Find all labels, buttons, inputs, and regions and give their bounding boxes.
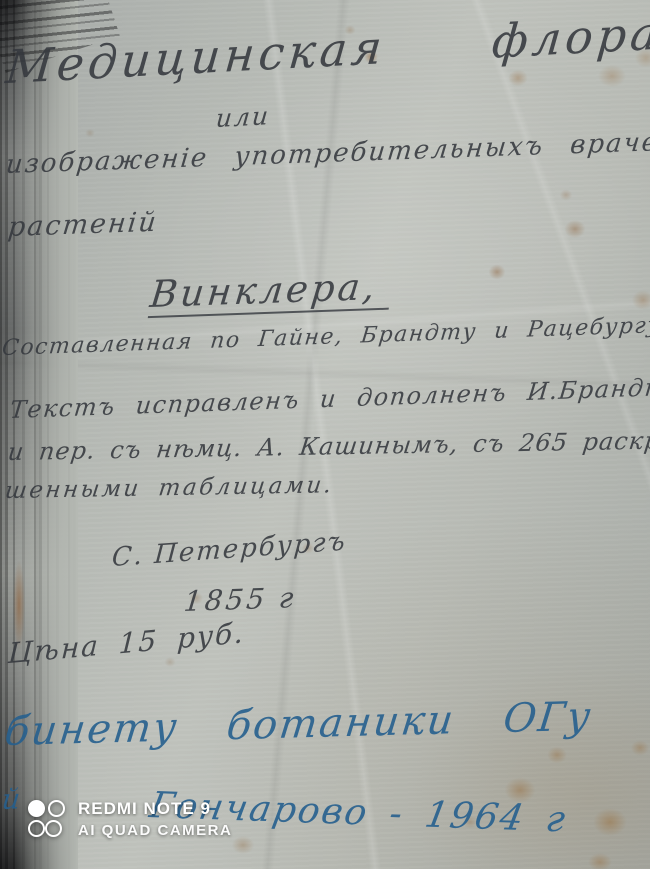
- manuscript-photo: Медицинская флора или изображеніе употре…: [0, 0, 650, 869]
- camera-watermark: REDMI NOTE 9 AI QUAD CAMERA: [28, 799, 232, 839]
- title-line: Медицинская флора: [4, 9, 650, 90]
- conjunction-line: или: [215, 103, 271, 131]
- editor-note-line-2: и пер. съ нѣмц. А. Кашинымъ, съ 265 раск…: [7, 428, 650, 464]
- description-line-2: растеній: [7, 209, 160, 241]
- publication-year: 1855 г: [183, 584, 298, 616]
- camera-dot-filled-icon: [28, 800, 45, 817]
- watermark-device-name: REDMI NOTE 9: [78, 799, 232, 819]
- author-name: Винклера,: [148, 267, 394, 318]
- library-inscription-fragment: й: [1, 785, 22, 814]
- editor-note-line-3: шенными таблицами.: [4, 474, 335, 503]
- compiled-by-line: Составленная по Гайне, Брандту и Рацебур…: [1, 315, 650, 360]
- editor-note-line-1: Текстъ исправленъ и дополненъ И.Брандтом…: [9, 373, 650, 422]
- camera-dot-icon: [45, 820, 62, 837]
- library-inscription-line-1: бинету ботаники ОГу: [3, 697, 595, 753]
- camera-dot-icon: [48, 800, 65, 817]
- watermark-text: REDMI NOTE 9 AI QUAD CAMERA: [78, 799, 232, 839]
- price-line: Цѣна 15 руб.: [7, 619, 245, 668]
- description-line-1: изображеніе употребительныхъ врачебныхъ: [5, 126, 650, 178]
- watermark-camera-mode: AI QUAD CAMERA: [78, 822, 232, 839]
- publication-place: С. Петербургъ: [111, 528, 347, 571]
- camera-dot-icon: [28, 820, 45, 837]
- ai-quad-camera-icon: [28, 800, 66, 838]
